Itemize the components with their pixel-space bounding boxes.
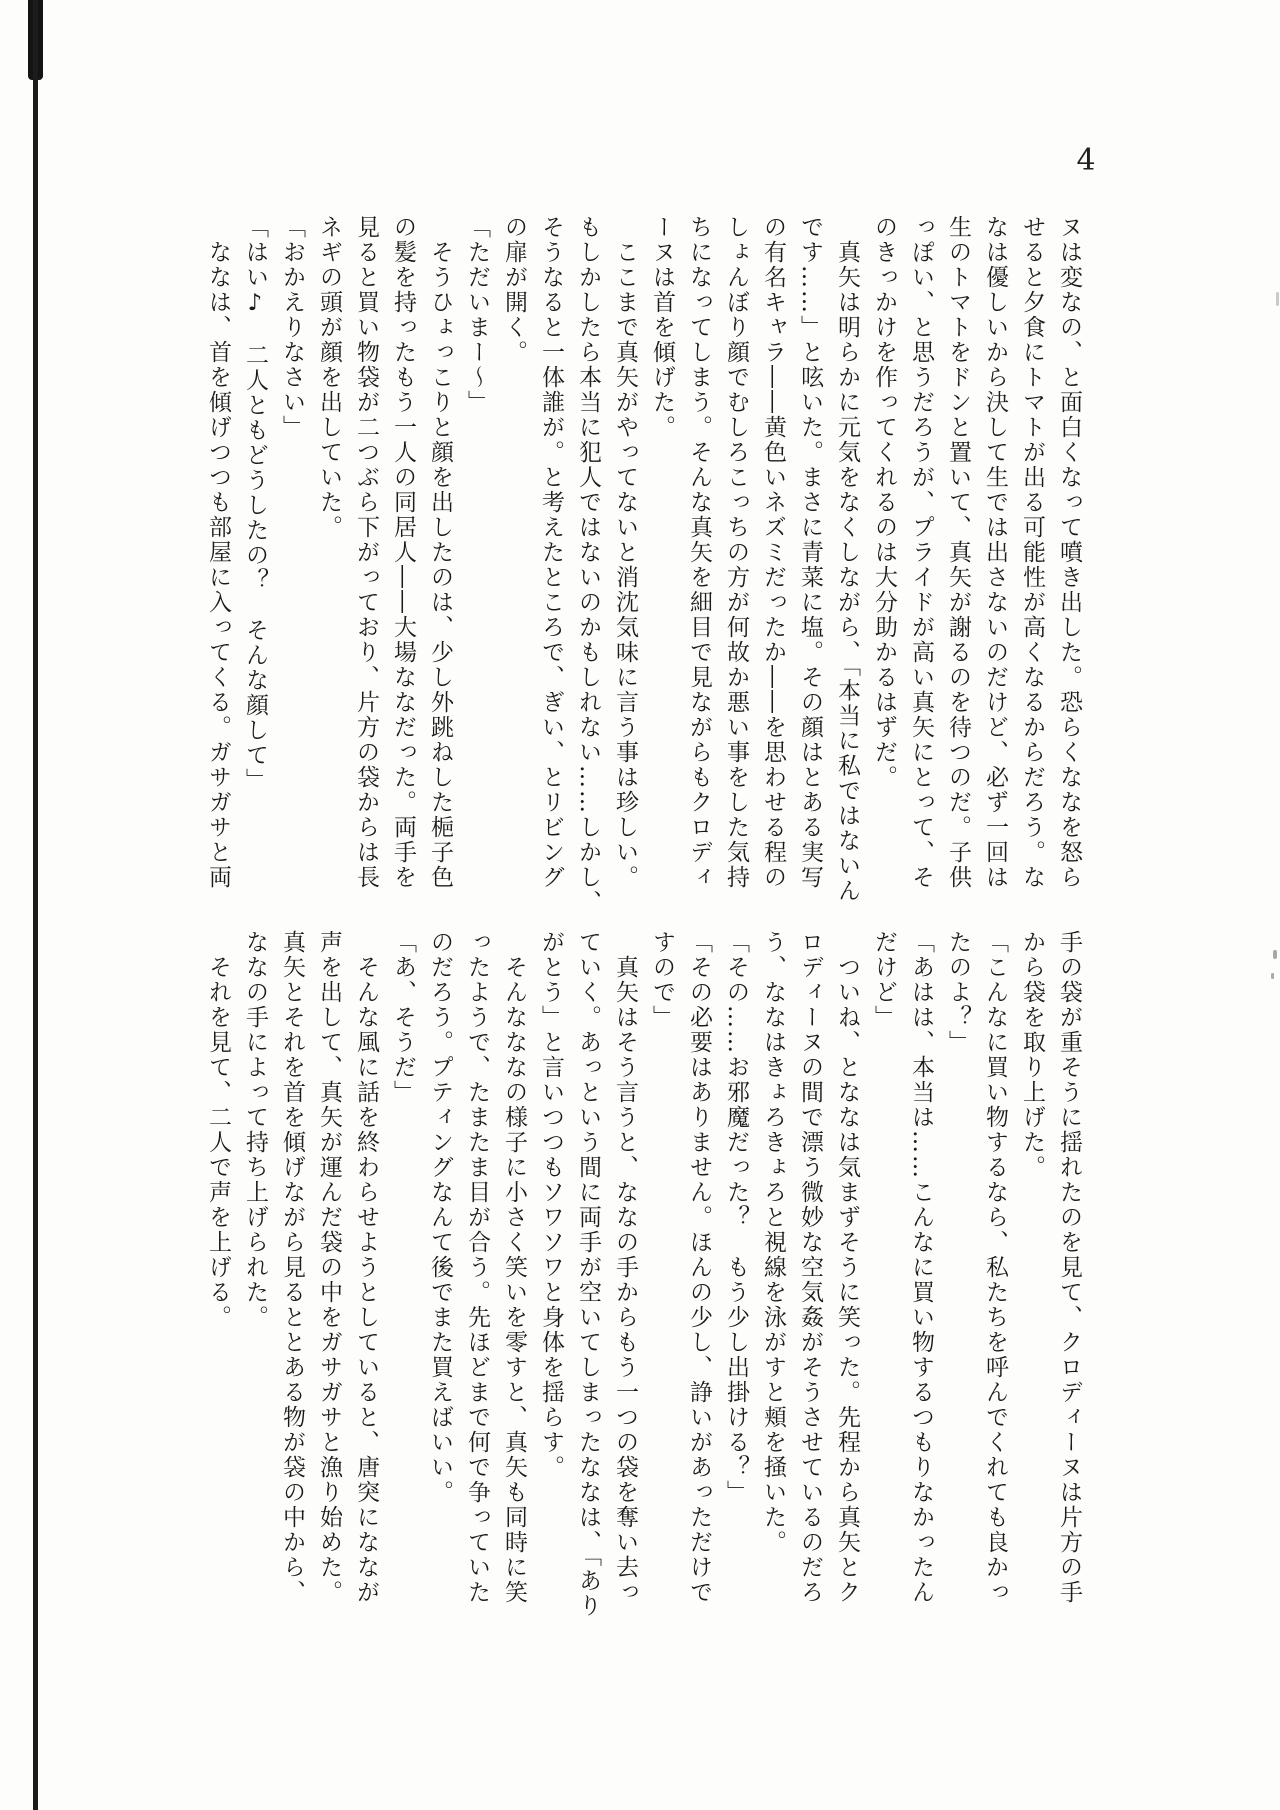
page-number: 4 [1070,143,1102,178]
text-column: 「こんなに買い物するなら、私たちを呼んでくれても良かっ [976,930,1013,1605]
text-column: 手の袋が重そうに揺れたのを見て、クロディーヌは片方の手 [1050,930,1087,1605]
text-column: のだろう。プティングなんて後でまた買えばいい。 [421,930,458,1605]
text-column: それを見て、二人で声を上げる。 [199,930,236,1605]
text-column: の有名キャラ――黄色いネズミだったか――を思わせる程の [754,215,791,890]
scan-speckle [1276,292,1279,306]
text-column: ついね、とななは気まずそうに笑った。先程から真矢とク [828,930,865,1605]
text-column: たのよ？」 [939,930,976,1605]
text-block-bottom: 手の袋が重そうに揺れたのを見て、クロディーヌは片方の手から袋を取り上げた。「こん… [199,930,1087,1605]
text-block-top: ヌは変なの、と面白くなって噴き出した。恐らくななを怒らせると夕食にトマトが出る可… [199,215,1087,890]
text-column: しょんぼり顔でむしろこっちの方が何故か悪い事をした気持 [717,215,754,890]
text-column: 「ただいまー〜」 [458,215,495,890]
scan-speckle [1271,973,1274,979]
text-column: ーヌは首を傾げた。 [643,215,680,890]
text-column: 「その必要はありません。ほんの少し、諍いがあっただけで [680,930,717,1605]
text-column: ななの手によって持ち上げられた。 [236,930,273,1605]
text-column: 「あはは、本当は……こんなに買い物するつもりなかったん [902,930,939,1605]
text-column: そんな風に話を終わらせようとしていると、唐突にななが [347,930,384,1605]
text-column: ちになってしまう。そんな真矢を細目で見ながらもクロディ [680,215,717,890]
text-column: の髪を持ったもう一人の同居人――大場ななだった。両手を [384,215,421,890]
text-column: せると夕食にトマトが出る可能性が高くなるからだろう。な [1013,215,1050,890]
text-column: ネギの頭が顔を出していた。 [310,215,347,890]
text-column: っぽい、と思うだろうが、プライドが高い真矢にとって、そ [902,215,939,890]
text-column: なは優しいから決して生では出さないのだけど、必ず一回は [976,215,1013,890]
text-column: 生のトマトをドンと置いて、真矢が謝るのを待つのだ。子供 [939,215,976,890]
text-column: すので」 [643,930,680,1605]
text-column: だけど」 [865,930,902,1605]
text-column: 「おかえりなさい」 [273,215,310,890]
scan-speckle [1273,950,1277,959]
text-column: の扉が開く。 [495,215,532,890]
text-column: から袋を取り上げた。 [1013,930,1050,1605]
text-column: そんなななの様子に小さく笑いを零すと、真矢も同時に笑 [495,930,532,1605]
text-column: ななは、首を傾げつつも部屋に入ってくる。ガサガサと両 [199,215,236,890]
text-column: そうひょっこりと顔を出したのは、少し外跳ねした梔子色 [421,215,458,890]
text-column: 真矢とそれを首を傾げながら見るととある物が袋の中から、 [273,930,310,1605]
text-column: 「あ、そうだ」 [384,930,421,1605]
text-column: 「その……お邪魔だった？ もう少し出掛ける？」 [717,930,754,1605]
novel-page: 4 ヌは変なの、と面白くなって噴き出した。恐らくななを怒らせると夕食にトマトが出… [0,0,1280,1810]
text-column: ヌは変なの、と面白くなって噴き出した。恐らくななを怒ら [1050,215,1087,890]
text-column: 「はい♪ 二人ともどうしたの？ そんな顔して」 [236,215,273,890]
text-column: う、ななはきょろきょろと視線を泳がすと頬を掻いた。 [754,930,791,1605]
text-column: ここまで真矢がやってないと消沈気味に言う事は珍しい。 [606,215,643,890]
text-column: ロディーヌの間で漂う微妙な空気姦がそうさせているのだろ [791,930,828,1605]
text-column: 真矢はそう言うと、ななの手からもう一つの袋を奪い去っ [606,930,643,1605]
scan-artifact-edge-line [33,0,38,1810]
text-column: もしかしたら本当に犯人ではないのかもしれない……しかし、 [569,215,606,890]
text-column: です……」と呟いた。まさに青菜に塩。その顔はとある実写 [791,215,828,890]
text-column: ったようで、たまたま目が合う。先ほどまで何で争っていた [458,930,495,1605]
text-column: 真矢は明らかに元気をなくしながら、「本当に私ではないん [828,215,865,890]
text-column: のきっかけを作ってくれるのは大分助かるはずだ。 [865,215,902,890]
text-column: そうなると一体誰が。と考えたところで、ぎい、とリビング [532,215,569,890]
text-column: ていく。あっという間に両手が空いてしまったななは、「あり [569,930,606,1605]
text-column: 声を出して、真矢が運んだ袋の中をガサガサと漁り始めた。 [310,930,347,1605]
text-column: 見ると買い物袋が二つぶら下がっており、片方の袋からは長 [347,215,384,890]
text-column: がとう」と言いつつもソワソワと身体を揺らす。 [532,930,569,1605]
